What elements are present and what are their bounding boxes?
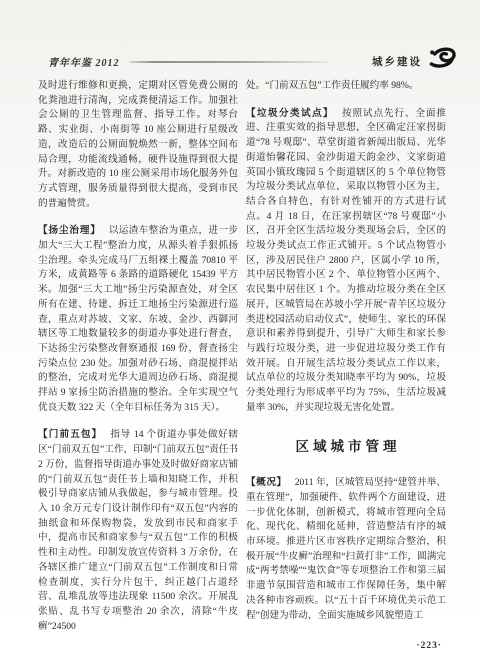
chapter-heading: 区域城市管理 (246, 440, 446, 455)
left-column: 及时进行维修和更换，定期对区管免费公厕的化粪池进行清淘，完成粪便清运工作。加强社… (38, 79, 238, 634)
scanned-yearbook-page: 青年年鉴 2012 城乡建设 及时进行维修和更换，定期对区管免费公厕的化粪池进行… (0, 0, 480, 663)
calligraphy-swirl-logo-icon (428, 46, 458, 72)
paragraph-text: 及时进行维修和更换，定期对区管免费公厕的化粪池进行清淘，完成粪便清运工作。加强社… (38, 80, 238, 209)
paragraph-continuation: 及时进行维修和更换，定期对区管免费公厕的化粪池进行清淘，完成粪便清运工作。加强社… (38, 79, 238, 211)
running-section-name: 城乡建设 (372, 54, 422, 69)
paragraph-text: 以运渣车整治为重点，进一步加大“三大工程”整治力度，从源头着手狠抓扬尘治理。牵头… (38, 225, 238, 412)
section-label: 【概况】 (246, 477, 287, 488)
section-label: 【垃圾分类试点】 (246, 108, 334, 119)
paragraph-text: 处。“门前双五包”工作责任履约率 98%。 (246, 80, 418, 91)
section-label: 【门前五包】 (38, 429, 102, 440)
paragraph-overview: 【概况】2011 年，区城管局坚持“建管并举、重在管理”，加强硬件、软件两个方面… (246, 476, 446, 623)
section-label: 【扬尘治理】 (38, 225, 101, 236)
page-header: 青年年鉴 2012 城乡建设 (48, 50, 458, 72)
paragraph-continuation: 处。“门前双五包”工作责任履约率 98%。 (246, 79, 446, 94)
paragraph-waste-sorting-pilot: 【垃圾分类试点】按照试点先行、全面推进、注重实效的指导思想，全区确定汪家拐街道“… (246, 107, 446, 416)
page-number: ·223· (416, 641, 442, 651)
right-column: 处。“门前双五包”工作责任履约率 98%。 【垃圾分类试点】按照试点先行、全面推… (246, 79, 446, 623)
header-rule (129, 61, 329, 63)
paragraph-text: 按照试点先行、全面推进、注重实效的指导思想，全区确定汪家拐街道“78 号观邸”、… (246, 108, 446, 413)
yearbook-title: 青年年鉴 2012 (48, 54, 120, 69)
paragraph-dust-control: 【扬尘治理】以运渣车整治为重点，进一步加大“三大工程”整治力度，从源头着手狠抓扬… (38, 224, 238, 415)
paragraph-text: 指导 14 个街道办事处做好辖区“门前双五包”工作，印制“门前双五包”责任书 2… (38, 429, 238, 631)
paragraph-text: 2011 年，区城管局坚持“建管并举、重在管理”，加强硬件、软件两个方面建设，进… (246, 477, 446, 620)
paragraph-storefront-five-duties: 【门前五包】指导 14 个街道办事处做好辖区“门前双五包”工作，印制“门前双五包… (38, 428, 238, 634)
